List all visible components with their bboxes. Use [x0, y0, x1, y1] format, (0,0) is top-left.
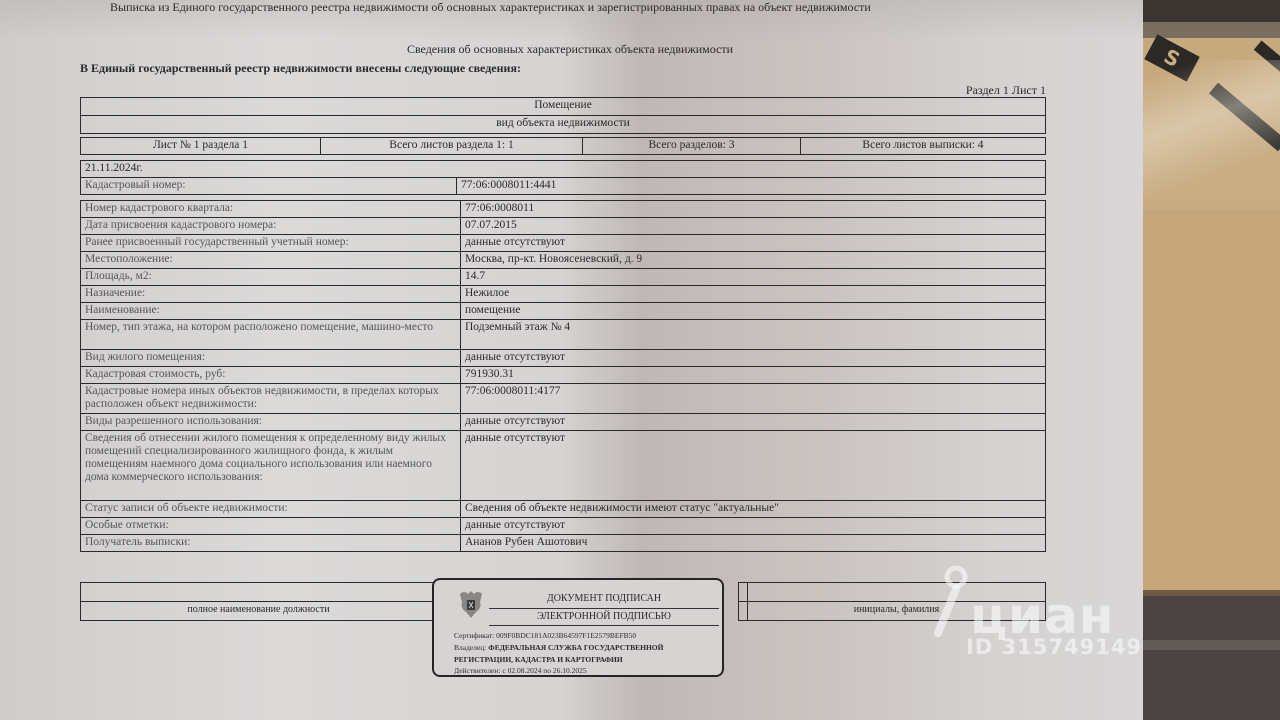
table-row: Особые отметки:данные отсутствуют: [81, 518, 1046, 535]
field-value: 77:06:0008011: [461, 201, 1046, 218]
field-value: 791930.31: [461, 367, 1046, 384]
field-label: Площадь, м2:: [81, 269, 461, 286]
table-row: Назначение:Нежилое: [81, 286, 1046, 303]
field-label: Ранее присвоенный государственный учетны…: [81, 235, 461, 252]
field-label: Особые отметки:: [81, 518, 461, 535]
date-cadastral-table: 21.11.2024г. Кадастровый номер: 77:06:00…: [80, 160, 1046, 195]
field-value: Ананов Рубен Ашотович: [461, 535, 1046, 552]
extract-date: 21.11.2024г.: [81, 161, 1046, 178]
intro-text: В Единый государственный реестр недвижим…: [80, 61, 521, 75]
owner-line-2: РЕГИСТРАЦИИ, КАДАСТРА И КАРТОГРАФИИ: [454, 655, 623, 664]
table-row: Кадастровые номера иных объектов недвижи…: [81, 384, 1046, 414]
field-value: Подземный этаж № 4: [461, 320, 1046, 350]
field-value: данные отсутствуют: [461, 350, 1046, 367]
table-row: Ранее присвоенный государственный учетны…: [81, 235, 1046, 252]
table-row: Кадастровая стоимость, руб:791930.31: [81, 367, 1046, 384]
field-label: Получатель выписки:: [81, 535, 461, 552]
table-row: Площадь, м2:14.7: [81, 269, 1046, 286]
watermark-id: ID 315749149: [966, 635, 1142, 659]
document-title: Выписка из Единого государственного реес…: [110, 0, 970, 14]
field-value: данные отсутствуют: [461, 518, 1046, 535]
object-type-table: Помещение вид объекта недвижимости: [80, 97, 1046, 134]
table-row: Местоположение:Москва, пр-кт. Новоясенев…: [81, 252, 1046, 269]
document-page: Выписка из Единого государственного реес…: [0, 0, 1143, 720]
section-sheets-total: Всего листов раздела 1: 1: [321, 138, 583, 155]
table-row: Номер, тип этажа, на котором расположено…: [81, 320, 1046, 350]
field-value: 77:06:0008011:4177: [461, 384, 1046, 414]
table-row: Дата присвоения кадастрового номера:07.0…: [81, 218, 1046, 235]
shelf-edge: [1143, 640, 1280, 650]
table-row: Номер кадастрового квартала:77:06:000801…: [81, 201, 1046, 218]
electronic-signature-stamp: ДОКУМЕНТ ПОДПИСАН ЭЛЕКТРОННОЙ ПОДПИСЬЮ С…: [432, 578, 724, 677]
field-label: Назначение:: [81, 286, 461, 303]
field-value: Нежилое: [461, 286, 1046, 303]
owner-line: Владелец: ФЕДЕРАЛЬНАЯ СЛУЖБА ГОСУДАРСТВЕ…: [454, 643, 663, 652]
field-value: 14.7: [461, 269, 1046, 286]
stamp-line-1: ДОКУМЕНТ ПОДПИСАН: [494, 593, 714, 605]
sheet-number: Лист № 1 раздела 1: [81, 138, 321, 155]
position-caption: полное наименование должности: [81, 602, 437, 621]
field-value: помещение: [461, 303, 1046, 320]
table-row: Вид жилого помещения:данные отсутствуют: [81, 350, 1046, 367]
field-label: Местоположение:: [81, 252, 461, 269]
table-row: Статус записи об объекте недвижимости:Св…: [81, 501, 1046, 518]
table-row: Наименование:помещение: [81, 303, 1046, 320]
extract-sheets-total: Всего листов выписки: 4: [801, 138, 1046, 155]
field-label: Вид жилого помещения:: [81, 350, 461, 367]
table-row: Получатель выписки:Ананов Рубен Ашотович: [81, 535, 1046, 552]
field-value: Сведения об объекте недвижимости имеют с…: [461, 501, 1046, 518]
field-label: Кадастровые номера иных объектов недвижи…: [81, 384, 461, 414]
packing-tape: [1143, 60, 1280, 210]
field-label: Сведения об отнесении жилого помещения к…: [81, 431, 461, 501]
sections-total: Всего разделов: 3: [583, 138, 801, 155]
validity-line: Действителен: с 02.08.2024 по 26.10.2025: [454, 666, 587, 675]
field-value: Москва, пр-кт. Новоясеневский, д. 9: [461, 252, 1046, 269]
field-value: данные отсутствуют: [461, 414, 1046, 431]
table-row: Сведения об отнесении жилого помещения к…: [81, 431, 1046, 501]
sheet-info-table: Лист № 1 раздела 1 Всего листов раздела …: [80, 137, 1046, 155]
cadastral-number: 77:06:0008011:4441: [457, 178, 1046, 195]
characteristics-table: Номер кадастрового квартала:77:06:000801…: [80, 200, 1046, 552]
field-value: данные отсутствуют: [461, 235, 1046, 252]
table-row: Виды разрешенного использования:данные о…: [81, 414, 1046, 431]
field-label: Кадастровая стоимость, руб:: [81, 367, 461, 384]
stamp-line-2: ЭЛЕКТРОННОЙ ПОДПИСЬЮ: [494, 611, 714, 623]
field-label: Наименование:: [81, 303, 461, 320]
name-caption: инициалы, фамилия: [748, 602, 1046, 621]
sheet-reference: Раздел 1 Лист 1: [900, 83, 1046, 97]
field-label: Статус записи об объекте недвижимости:: [81, 501, 461, 518]
certificate-line: Сертификат: 009F0BDC181A023B64597F1E2579…: [454, 631, 636, 640]
field-label: Номер кадастрового квартала:: [81, 201, 461, 218]
field-label: Виды разрешенного использования:: [81, 414, 461, 431]
field-value: 07.07.2015: [461, 218, 1046, 235]
cardboard-background: S: [1143, 0, 1280, 720]
section-title: Сведения об основных характеристиках объ…: [230, 42, 910, 56]
field-label: Дата присвоения кадастрового номера:: [81, 218, 461, 235]
field-value: данные отсутствуют: [461, 431, 1046, 501]
field-label: Номер, тип этажа, на котором расположено…: [81, 320, 461, 350]
object-type: Помещение: [81, 98, 1046, 116]
object-type-caption: вид объекта недвижимости: [81, 116, 1046, 134]
coat-of-arms-icon: [456, 588, 486, 620]
cadastral-number-label: Кадастровый номер:: [81, 178, 457, 195]
